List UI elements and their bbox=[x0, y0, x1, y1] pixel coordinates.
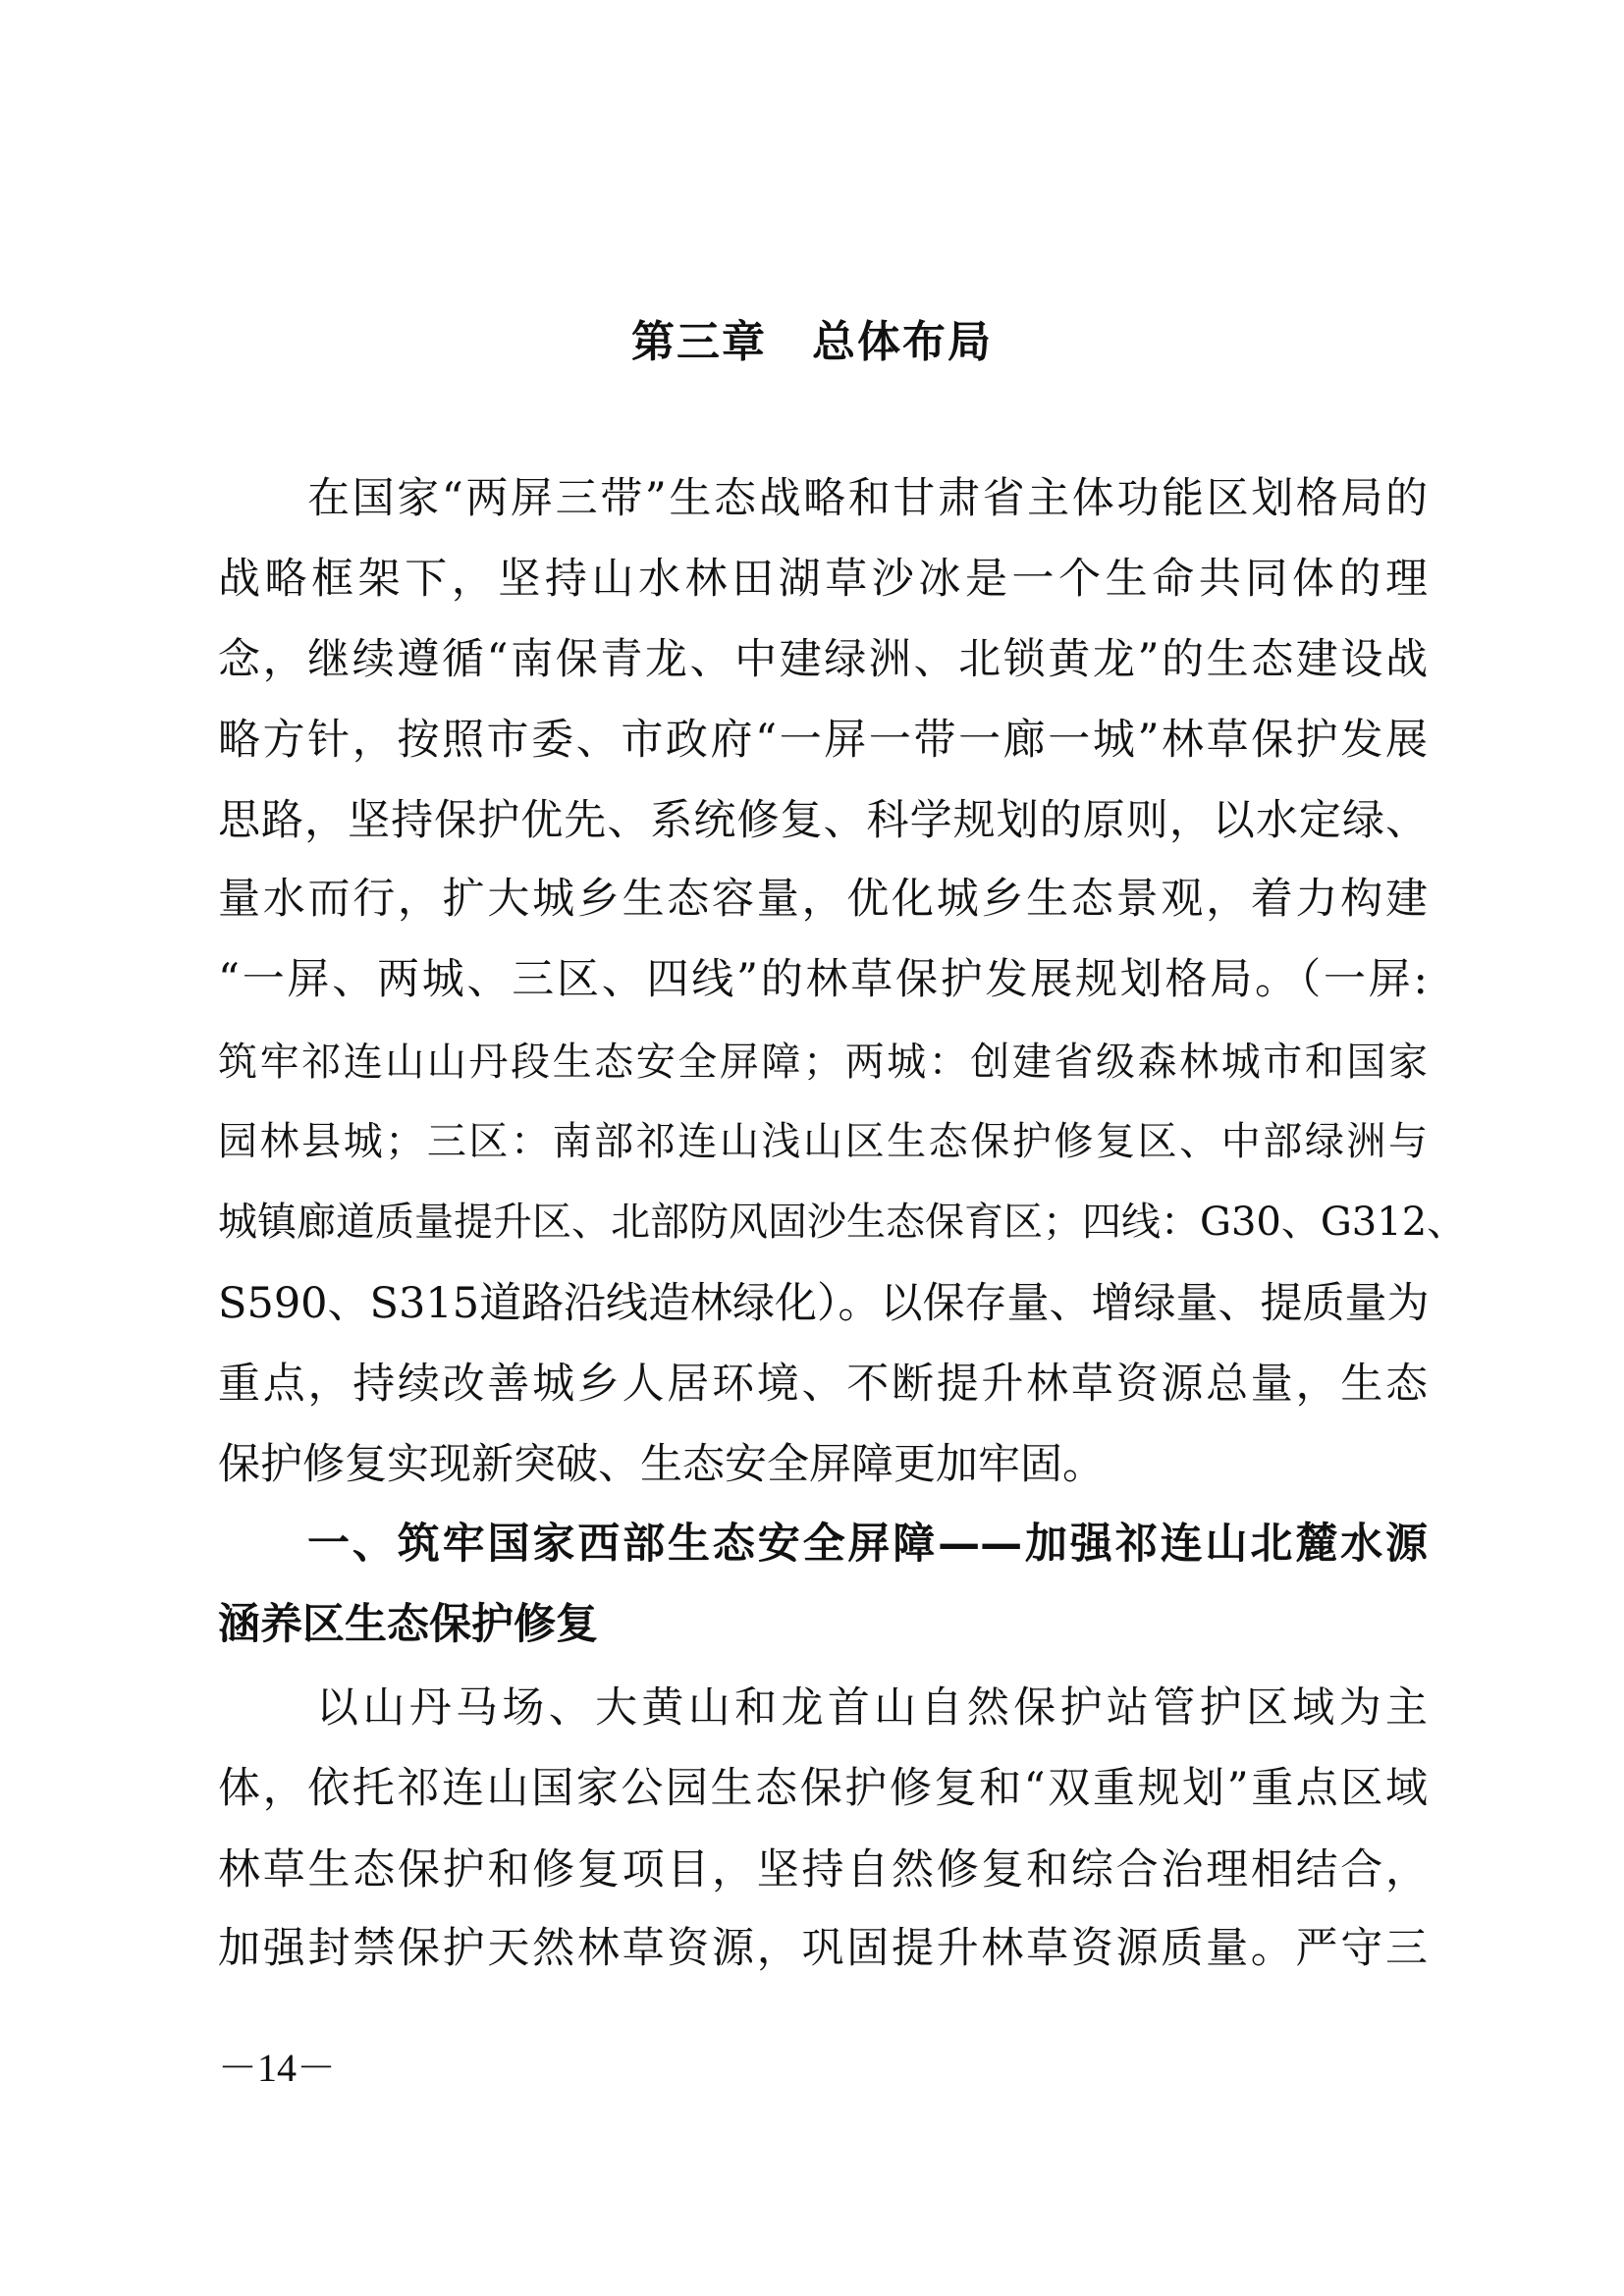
paragraph-line: 加强封禁保护天然林草资源，巩固提升林草资源质量。严守三 bbox=[218, 1919, 1428, 1978]
paragraph-line: 林草生态保护和修复项目，坚持自然修复和综合治理相结合， bbox=[218, 1841, 1428, 1899]
paragraph-line: 重点，持续改善城乡人居环境、不断提升林草资源总量，生态 bbox=[218, 1355, 1428, 1414]
paragraph-line: “一屏、两城、三区、四线”的林草保护发展规划格局。（一屏: bbox=[218, 950, 1428, 1009]
document-page: 第三章 总体布局 在国家“两屏三带”生态战略和甘肃省主体功能区划格局的 战略框架… bbox=[0, 0, 1624, 2296]
paragraph-line: S590、S315道路沿线造林绿化）。以保存量、增绿量、提质量为 bbox=[218, 1274, 1428, 1333]
paragraph-line: 筑牢祁连山山丹段生态安全屏障；两城：创建省级森林城市和国家 bbox=[218, 1033, 1428, 1092]
section-heading-line: 涵养区生态保护修复 bbox=[218, 1595, 1428, 1654]
paragraph-line: 念，继续遵循“南保青龙、中建绿洲、北锁黄龙”的生态建设战 bbox=[218, 630, 1428, 689]
chapter-title: 第三章 总体布局 bbox=[0, 306, 1624, 369]
paragraph-line: 略方针，按照市委、市政府“一屏一带一廊一城”林草保护发展 bbox=[218, 711, 1428, 770]
page-number: －14－ bbox=[218, 2037, 336, 2093]
section-heading-line: 一、筑牢国家西部生态安全屏障——加强祁连山北麓水源 bbox=[307, 1515, 1428, 1574]
paragraph-line: 思路，坚持保护优先、系统修复、科学规划的原则，以水定绿、 bbox=[218, 791, 1428, 850]
paragraph-line: 保护修复实现新突破、生态安全屏障更加牢固。 bbox=[218, 1435, 1428, 1494]
paragraph-line: 战略框架下，坚持山水林田湖草沙冰是一个生命共同体的理 bbox=[218, 550, 1428, 609]
paragraph-line: 园林县城；三区：南部祁连山浅山区生态保护修复区、中部绿洲与 bbox=[218, 1112, 1428, 1171]
paragraph-line: 以山丹马场、大黄山和龙首山自然保护站管护区域为主 bbox=[316, 1679, 1428, 1737]
paragraph-line: 量水而行，扩大城乡生态容量，优化城乡生态景观，着力构建 bbox=[218, 870, 1428, 929]
paragraph-line: 城镇廊道质量提升区、北部防风固沙生态保育区；四线：G30、G312、 bbox=[218, 1193, 1428, 1252]
paragraph-line: 在国家“两屏三带”生态战略和甘肃省主体功能区划格局的 bbox=[307, 469, 1428, 528]
paragraph-line: 体，依托祁连山国家公园生态保护修复和“双重规划”重点区域 bbox=[218, 1759, 1428, 1818]
